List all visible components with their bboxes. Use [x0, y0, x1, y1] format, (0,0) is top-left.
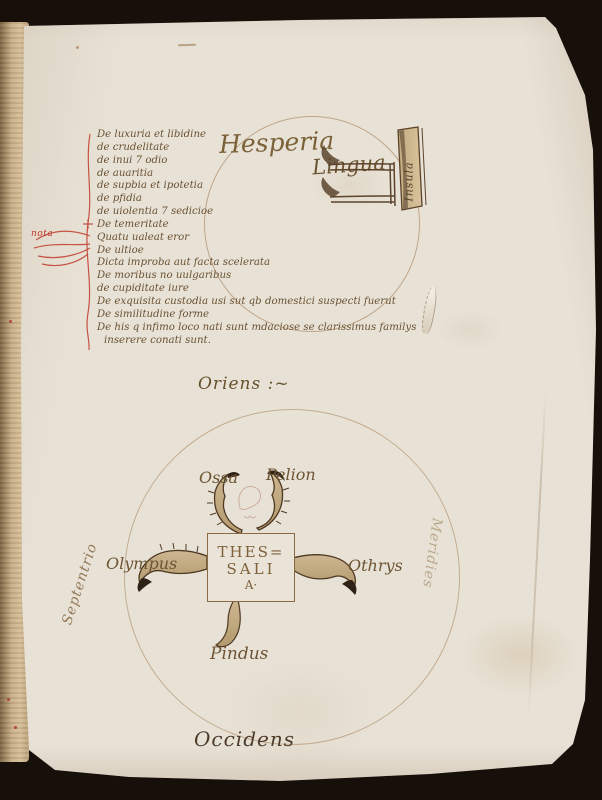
red-ink-speck	[9, 320, 12, 323]
red-ink-speck	[7, 698, 10, 701]
chapter-line: inserere conati sunt.	[104, 335, 416, 348]
pindus-label: Pindus	[210, 644, 268, 664]
rubric-nota-label: nota	[31, 229, 53, 239]
thessalia-box: THES= SALI A·	[207, 533, 295, 602]
rubric-flourish-icon	[28, 118, 98, 363]
othrys-label: Othrys	[348, 556, 403, 575]
thessalia-label-line: SALI	[227, 561, 276, 578]
stray-ink-mark	[178, 44, 196, 47]
red-ink-speck	[14, 726, 17, 729]
thessalia-label-line: THES=	[218, 544, 285, 561]
olympus-label: Olympus	[106, 554, 177, 573]
pelion-label: Pelion	[266, 465, 316, 484]
parchment-tear	[420, 285, 439, 334]
thessalia-label-line: A·	[245, 578, 257, 592]
folio-number: 2	[553, 16, 561, 30]
oriens-label: Oriens :~	[198, 374, 290, 394]
ossa-label: Ossa	[199, 468, 238, 487]
occidens-label: Occidens	[194, 727, 295, 751]
manuscript-photo: 2 nota De luxuria et libidine de crudeli…	[0, 0, 602, 800]
stray-ink-dot	[76, 46, 79, 49]
parchment-crease	[527, 390, 546, 720]
insula-label: Insula	[403, 142, 416, 222]
parchment-page: 2 nota De luxuria et libidine de crudeli…	[0, 0, 602, 800]
chapter-line: De his q infimo loco nati sunt mdaciose …	[97, 322, 416, 335]
